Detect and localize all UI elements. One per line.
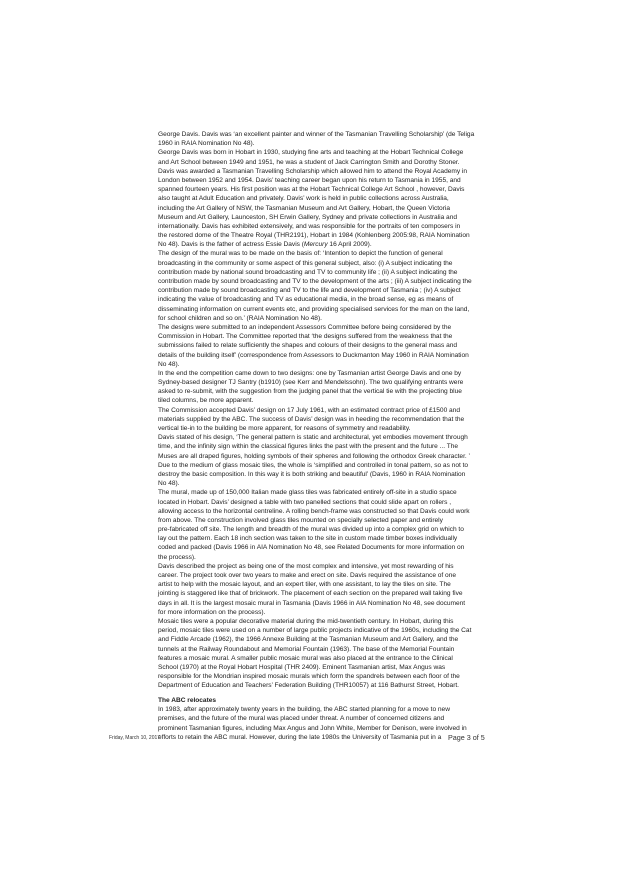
paragraph-project-description: Davis described the project as being one… — [158, 562, 488, 617]
text-line: the restored dome of the Theatre Royal (… — [158, 231, 488, 240]
text-line: Department of Education and Teachers’ Fe… — [158, 681, 488, 690]
text-line: submissions failed to relate sufficientl… — [158, 341, 488, 350]
text-line: School (1970) at the Royal Hobart Hospit… — [158, 663, 488, 672]
text-line: broadcasting in the community or some as… — [158, 259, 488, 268]
text-line: Commission in Hobart. The Committee repo… — [158, 332, 488, 341]
text-line: tunnels at the Railway Roundabout and Me… — [158, 645, 488, 654]
footer-date: Friday, March 10, 2017 — [109, 735, 160, 741]
text-line: spanned fourteen years. His first positi… — [158, 185, 488, 194]
text-line: The mural, made up of 150,000 Italian ma… — [158, 488, 488, 497]
newspaper-title-italic: Mercury — [304, 241, 328, 248]
text-line: George Davis. Davis was ‘an excellent pa… — [158, 130, 488, 139]
text-line: Davis was awarded a Tasmanian Travelling… — [158, 167, 488, 176]
text-line: vertical tie-in to the building be more … — [158, 424, 488, 433]
text-line: Muses are all draped figures, holding sy… — [158, 452, 488, 461]
document-page: George Davis. Davis was ‘an excellent pa… — [0, 0, 622, 880]
text-line: period, mosaic tiles were used on a numb… — [158, 626, 488, 635]
text-line: including the Art Gallery of NSW, the Ta… — [158, 204, 488, 213]
section-heading: The ABC relocates — [158, 696, 488, 705]
text-line: Sydney-based designer TJ Santry (b1910) … — [158, 378, 488, 387]
text-line: Davis described the project as being one… — [158, 562, 488, 571]
text-line: asked to re-submit, with the suggestion … — [158, 387, 488, 396]
text-line: indicating the value of broadcasting and… — [158, 295, 488, 304]
paragraph-design-brief: The design of the mural was to be made o… — [158, 249, 488, 323]
text-line: In 1983, after approximately twenty year… — [158, 705, 488, 714]
text-line: 1960 in RAIA Nomination No 48). — [158, 139, 488, 148]
text-line: George Davis was born in Hobart in 1930,… — [158, 148, 488, 157]
text-line: pre-fabricated off site. The length and … — [158, 525, 488, 534]
text-line: and Fiddle Arcade (1962), the 1966 Annex… — [158, 635, 488, 644]
text-line: Mosaic tiles were a popular decorative m… — [158, 617, 488, 626]
text-line: located in Hobart. Davis’ designed a tab… — [158, 498, 488, 507]
text-line: The design of the mural was to be made o… — [158, 249, 488, 258]
paragraph-abc-relocates: In 1983, after approximately twenty year… — [158, 705, 488, 742]
text-line: contribution made by national sound broa… — [158, 268, 488, 277]
text-line: allowing access to the horizontal centre… — [158, 507, 488, 516]
text-line: also taught at Adult Education and priva… — [158, 194, 488, 203]
text-line: and Art School between 1949 and 1951, he… — [158, 158, 488, 167]
text-line: tiled columns, be more apparent. — [158, 396, 488, 405]
paragraph-biography: George Davis was born in Hobart in 1930,… — [158, 148, 488, 249]
footer-page-number: Page 3 of 5 — [448, 734, 485, 742]
text-line: days in all. It is the largest mosaic mu… — [158, 599, 488, 608]
paragraph-intro: George Davis. Davis was ‘an excellent pa… — [158, 130, 488, 148]
text-line: responsible for the Mondrian inspired mo… — [158, 672, 488, 681]
text-line: Due to the medium of glass mosaic tiles,… — [158, 461, 488, 470]
text-line: coded and packed (Davis 1966 in AIA Nomi… — [158, 543, 488, 552]
text-line: time, and the infinity sign within the c… — [158, 442, 488, 451]
text-line: No 48). — [158, 479, 488, 488]
text-line: artist to help with the mosaic layout, a… — [158, 580, 488, 589]
text-line: features a mosaic mural. A smaller publi… — [158, 654, 488, 663]
text-line: disseminating information on current eve… — [158, 305, 488, 314]
text-line: the process). — [158, 553, 488, 562]
text-fragment: No 48). Davis is the father of actress E… — [158, 241, 304, 248]
text-line: Museum and Art Gallery, Launceston, SH E… — [158, 213, 488, 222]
paragraph-fabrication: The mural, made up of 150,000 Italian ma… — [158, 488, 488, 562]
paragraph-commission: The Commission accepted Davis’ design on… — [158, 406, 488, 434]
paragraph-mosaic-context: Mosaic tiles were a popular decorative m… — [158, 617, 488, 691]
text-line: prominent Tasmanian figures, including M… — [158, 724, 488, 733]
text-line: materials supplied by the ABC. The succe… — [158, 415, 488, 424]
text-line: In the end the competition came down to … — [158, 369, 488, 378]
text-line: destroy the basic composition. In this w… — [158, 470, 488, 479]
text-line: contribution made by sound broadcasting … — [158, 286, 488, 295]
paragraph-competition: In the end the competition came down to … — [158, 369, 488, 406]
text-line: The Commission accepted Davis’ design on… — [158, 406, 488, 415]
text-line: details of the building itself’ (corresp… — [158, 351, 488, 360]
text-line: from above. The construction involved gl… — [158, 516, 488, 525]
paragraph-assessors: The designs were submitted to an indepen… — [158, 323, 488, 369]
text-line: lay out the pattern. Each 18 inch sectio… — [158, 534, 488, 543]
text-line: internationally. Davis has exhibited ext… — [158, 222, 488, 231]
text-line: premises, and the future of the mural wa… — [158, 714, 488, 723]
text-line: The designs were submitted to an indepen… — [158, 323, 488, 332]
text-fragment: 16 April 2009). — [328, 241, 372, 248]
text-line: Davis stated of his design, ‘The general… — [158, 433, 488, 442]
text-line: No 48). Davis is the father of actress E… — [158, 240, 488, 249]
text-line: contribution made by sound broadcasting … — [158, 277, 488, 286]
text-line: efforts to retain the ABC mural. However… — [158, 733, 488, 742]
text-line: jointing is staggered like that of brick… — [158, 589, 488, 598]
text-line: No 48). — [158, 360, 488, 369]
text-line: for school children and so on.’ (RAIA No… — [158, 314, 488, 323]
document-body: George Davis. Davis was ‘an excellent pa… — [158, 130, 488, 742]
text-line: for more information on the process). — [158, 608, 488, 617]
text-line: career. The project took over two years … — [158, 571, 488, 580]
text-line: London between 1952 and 1954. Davis’ tea… — [158, 176, 488, 185]
paragraph-design-statement: Davis stated of his design, ‘The general… — [158, 433, 488, 488]
